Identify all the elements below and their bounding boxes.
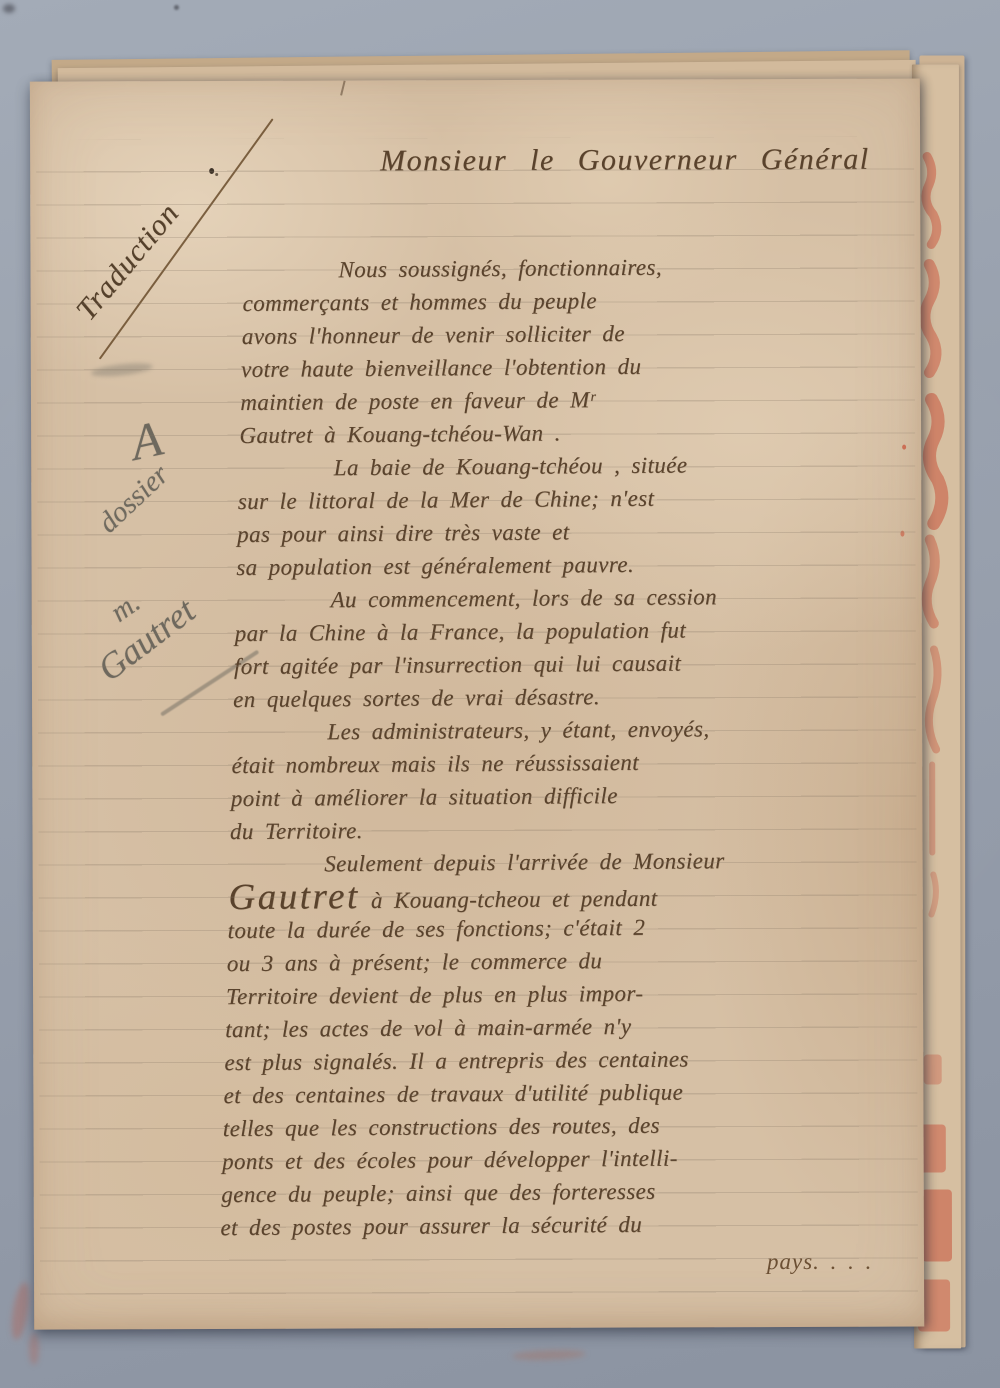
letter-line: point à améliorer la situation difficile <box>231 778 725 815</box>
letter-line: commerçants et hommes du peuple <box>242 283 720 320</box>
photo-backdrop: Traduction A dossier m. Gautret Monsieur… <box>0 0 1000 1388</box>
letter-line: Nous soussignés, fonctionnaires, <box>243 250 720 287</box>
letter-line: avons l'honneur de venir solliciter de <box>242 316 721 353</box>
letter-line: telles que les constructions des routes,… <box>223 1108 727 1145</box>
salutation: Monsieur le Gouverneur Général <box>380 143 870 179</box>
letter-line: toute la durée de ses fonctions; c'était… <box>227 910 725 947</box>
letter-page: Traduction A dossier m. Gautret Monsieur… <box>30 79 924 1330</box>
letter-line: maintien de poste en faveur de Mʳ <box>240 382 721 419</box>
letter-line: sa population est généralement pauvre. <box>236 547 722 584</box>
letter-line: Territoire devient de plus en plus impor… <box>226 976 726 1013</box>
letter-line: votre haute bienveillance l'obtention du <box>241 349 721 386</box>
letter-line: et des centaines de travaux d'utilité pu… <box>223 1075 726 1112</box>
red-speck <box>900 531 904 537</box>
letter-line: du Territoire. <box>230 811 725 848</box>
emphasized-word: Gautret <box>228 876 360 918</box>
pencil-note-a: A <box>125 409 167 472</box>
letter-line: gence du peuple; ainsi que des forteress… <box>221 1174 727 1211</box>
letter-line: La baie de Kouang-tchéou , située <box>239 448 722 485</box>
letter-line: fort agitée par l'insurrection qui lui c… <box>234 646 723 683</box>
letter-line: pas pour ainsi dire très vaste et <box>237 514 722 551</box>
paper-crack <box>340 81 345 96</box>
letter-line: sur le littoral de la Mer de Chine; n'es… <box>238 481 722 518</box>
letter-line: en quelques sortes de vrai désastre. <box>233 679 723 716</box>
letter-line: Gautret à Kouang-tcheou et pendant <box>228 877 725 914</box>
letter-line: par la Chine à la France, la population … <box>235 613 723 650</box>
ink-speck <box>215 173 218 176</box>
document-stack: Traduction A dossier m. Gautret Monsieur… <box>0 0 1000 1388</box>
letter-line: tant; les actes de vol à main-armée n'y <box>225 1009 726 1046</box>
letter-line: Les administrateurs, y étant, envoyés, <box>232 712 723 749</box>
ink-speck <box>209 168 214 174</box>
letter-line: et des postes pour assurer la sécurité d… <box>220 1207 727 1244</box>
letter-line: est plus signalés. Il a entrepris des ce… <box>224 1042 726 1079</box>
pencil-note-dossier: dossier <box>92 458 176 539</box>
letter-line: ou 3 ans à présent; le commerce du <box>227 943 726 980</box>
letter-line: était nombreux mais ils ne réussissaient <box>231 745 724 782</box>
catchword-pays: pays. . . . <box>767 1249 873 1275</box>
letter-line: Au commencement, lors de sa cession <box>235 580 722 617</box>
letter-body: Nous soussignés, fonctionnaires,commerça… <box>243 250 727 1244</box>
red-speck <box>902 445 906 450</box>
letter-line: ponts et des écoles pour développer l'in… <box>222 1141 727 1178</box>
pencil-smudge <box>90 361 153 379</box>
letter-line: Gautret à Kouang-tchéou-Wan . <box>239 415 721 452</box>
